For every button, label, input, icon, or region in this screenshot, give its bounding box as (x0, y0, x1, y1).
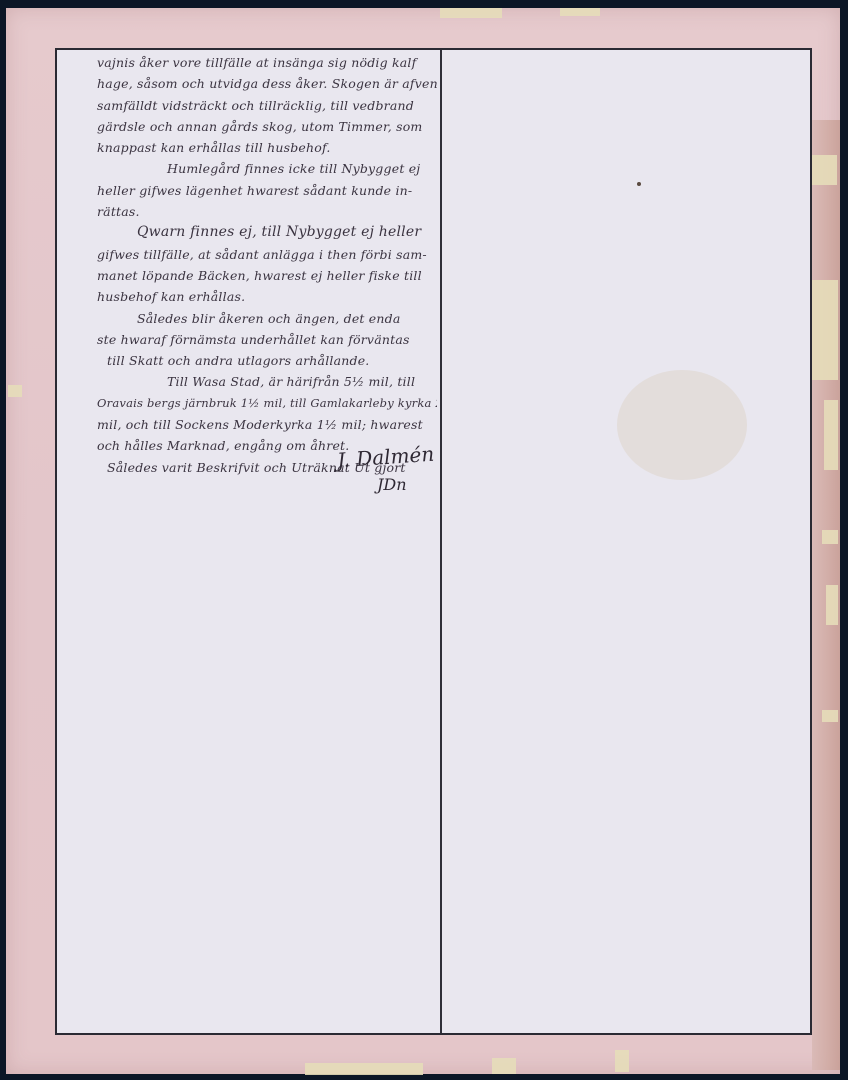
text-line: gifwes tillfälle, at sådant anlägga i th… (97, 244, 437, 265)
text-line: Oravais bergs järnbruk 1½ mil, till Gaml… (97, 393, 437, 414)
text-line: manet löpande Bäcken, hwarest ej heller … (97, 265, 437, 286)
tape-right-6 (822, 710, 838, 722)
text-line: Till Wasa Stad, är härifrån 5½ mil, till (97, 371, 437, 392)
tape-top-2 (560, 8, 600, 16)
signature-paraph: JDn (377, 475, 407, 494)
text-line: knappast kan erhållas till husbehof. (97, 137, 437, 158)
tape-top-1 (440, 8, 502, 18)
tape-bottom-1 (305, 1063, 423, 1075)
text-line: heller gifwes lägenhet hwarest sådant ku… (97, 180, 437, 201)
text-line: till Skatt och andra utlagors arhållande… (97, 350, 437, 371)
manuscript-sheet: vajnis åker vore tillfälle at insänga si… (55, 48, 812, 1035)
text-line: Qwarn finnes ej, till Nybygget ej heller (97, 222, 437, 243)
column-divider (440, 50, 442, 1033)
text-line: gärdsle och annan gårds skog, utom Timme… (97, 116, 437, 137)
text-line: Således blir åkeren och ängen, det enda (97, 308, 437, 329)
text-line: vajnis åker vore tillfälle at insänga si… (97, 52, 437, 73)
tape-left-1 (8, 385, 22, 397)
text-line: ste hwaraf förnämsta underhållet kan för… (97, 329, 437, 350)
tape-bottom-2 (492, 1058, 516, 1074)
tape-right-4 (822, 530, 838, 544)
tape-right-3 (824, 400, 838, 470)
tape-right-5 (826, 585, 838, 625)
tape-bottom-3 (615, 1050, 629, 1072)
text-line: samfälldt vidsträckt och tillräcklig, ti… (97, 95, 437, 116)
text-line: husbehof kan erhållas. (97, 286, 437, 307)
text-line: rättas. (97, 201, 437, 222)
text-line: hage, såsom och utvidga dess åker. Skoge… (97, 73, 437, 94)
tape-right-1 (812, 155, 837, 185)
stain (617, 370, 747, 480)
text-line: mil, och till Sockens Moderkyrka 1½ mil;… (97, 414, 437, 435)
text-line: Humlegård finnes icke till Nybygget ej (97, 158, 437, 179)
ink-spot (637, 182, 641, 186)
left-column-text: vajnis åker vore tillfälle at insänga si… (97, 52, 437, 478)
